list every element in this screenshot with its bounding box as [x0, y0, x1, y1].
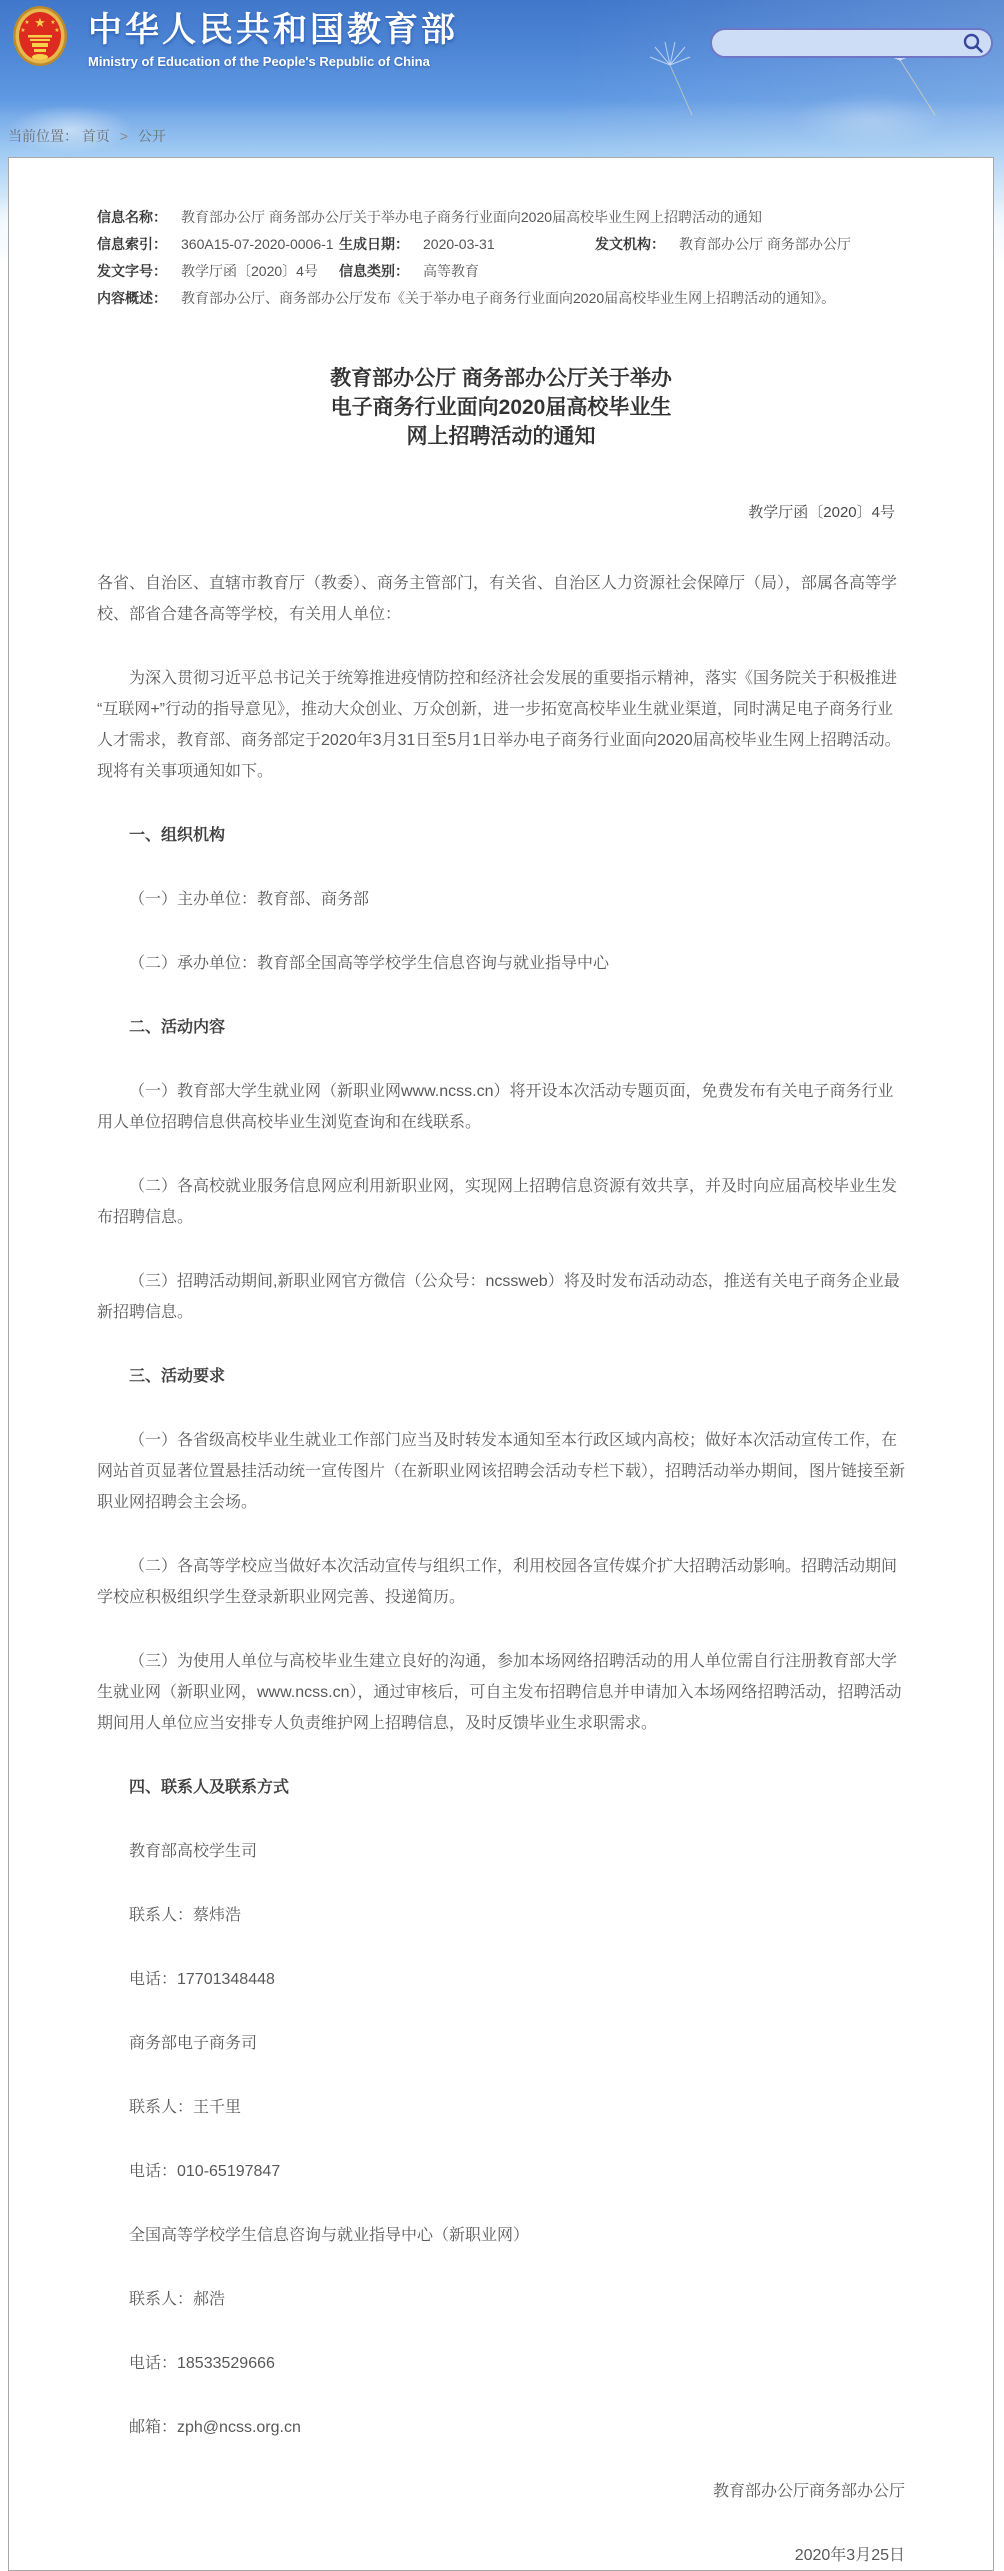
- meta-row-name: 信息名称：教育部办公厅 商务部办公厅关于举办电子商务行业面向2020届高校毕业生…: [97, 204, 905, 231]
- body-paragraph: （一）教育部大学生就业网（新职业网www.ncss.cn）将开设本次活动专题页面…: [97, 1076, 905, 1138]
- breadcrumb-prefix: 当前位置：: [8, 128, 78, 144]
- meta-agency-value: 教育部办公厅 商务部办公厅: [679, 236, 851, 252]
- breadcrumb-separator: >: [120, 128, 128, 144]
- body-paragraph: 商务部电子商务司: [97, 2028, 905, 2059]
- meta-docno-label: 发文字号：: [97, 263, 167, 279]
- meta-name-label: 信息名称：: [97, 209, 167, 225]
- dandelion-icon: [620, 35, 720, 135]
- body-paragraph: 电话：010-65197847: [97, 2156, 905, 2187]
- body-paragraph: 电话：17701348448: [97, 1964, 905, 1995]
- meta-docno-value: 教学厅函〔2020〕4号: [181, 263, 318, 279]
- meta-row-docno: 发文字号：教学厅函〔2020〕4号 信息类别：高等教育: [97, 258, 905, 285]
- meta-category-label: 信息类别：: [339, 263, 409, 279]
- body-paragraph: 联系人：王千里: [97, 2092, 905, 2123]
- svg-text:★: ★: [34, 15, 46, 30]
- site-title: 中华人民共和国教育部: [88, 10, 458, 50]
- meta-index-label: 信息索引：: [97, 236, 167, 252]
- signature-line: 教育部办公厅商务部办公厅: [97, 2476, 905, 2507]
- meta-date-label: 生成日期：: [339, 236, 409, 252]
- svg-text:★: ★: [24, 19, 29, 26]
- body-paragraph: 联系人：蔡炜浩: [97, 1900, 905, 1931]
- body-paragraph: 电话：18533529666: [97, 2348, 905, 2379]
- meta-row-summary: 内容概述：教育部办公厅、商务部办公厅发布《关于举办电子商务行业面向2020届高校…: [97, 285, 905, 312]
- document-number: 教学厅函〔2020〕4号: [97, 498, 905, 527]
- meta-row-index: 信息索引：360A15-07-2020-0006-1 生成日期：2020-03-…: [97, 231, 905, 258]
- search-button[interactable]: [962, 32, 991, 54]
- national-emblem-icon: ★ ★ ★ ★ ★: [12, 5, 68, 69]
- body-paragraph: （二）各高校就业服务信息网应利用新职业网，实现网上招聘信息资源有效共享，并及时向…: [97, 1171, 905, 1233]
- meta-summary-value: 教育部办公厅、商务部办公厅发布《关于举办电子商务行业面向2020届高校毕业生网上…: [181, 290, 835, 306]
- body-paragraph: 为深入贯彻习近平总书记关于统筹推进疫情防控和经济社会发展的重要指示精神，落实《国…: [97, 663, 905, 787]
- document-title-line: 教育部办公厅 商务部办公厅关于举办: [97, 364, 905, 393]
- body-paragraph: （一）各省级高校毕业生就业工作部门应当及时转发本通知至本行政区域内高校；做好本次…: [97, 1425, 905, 1518]
- svg-text:★: ★: [20, 27, 25, 34]
- content-panel: 信息名称：教育部办公厅 商务部办公厅关于举办电子商务行业面向2020届高校毕业生…: [8, 157, 994, 2571]
- breadcrumb-home-link[interactable]: 首页: [82, 128, 110, 144]
- document-title: 教育部办公厅 商务部办公厅关于举办 电子商务行业面向2020届高校毕业生 网上招…: [97, 364, 905, 451]
- search-input[interactable]: [724, 30, 962, 56]
- meta-date-value: 2020-03-31: [423, 236, 495, 252]
- body-paragraph: （二）各高等学校应当做好本次活动宣传与组织工作，利用校园各宣传媒介扩大招聘活动影…: [97, 1551, 905, 1613]
- meta-summary-label: 内容概述：: [97, 290, 167, 306]
- body-paragraph: （一）主办单位：教育部、商务部: [97, 884, 905, 915]
- body-paragraph: （三）招聘活动期间,新职业网官方微信（公众号：ncssweb）将及时发布活动动态…: [97, 1266, 905, 1328]
- meta-category-value: 高等教育: [423, 263, 479, 279]
- svg-text:★: ★: [50, 19, 55, 26]
- body-paragraph: 全国高等学校学生信息咨询与就业指导中心（新职业网）: [97, 2220, 905, 2251]
- site-subtitle: Ministry of Education of the People's Re…: [88, 54, 458, 69]
- search-box[interactable]: [710, 28, 993, 58]
- body-paragraph: 邮箱：zph@ncss.org.cn: [97, 2412, 905, 2443]
- meta-index-value: 360A15-07-2020-0006-1: [181, 236, 334, 252]
- salutation-paragraph: 各省、自治区、直辖市教育厅（教委）、商务主管部门，有关省、自治区人力资源社会保障…: [97, 568, 905, 630]
- body-paragraph: 联系人：郝浩: [97, 2284, 905, 2315]
- meta-agency-label: 发文机构：: [595, 236, 665, 252]
- document-title-line: 网上招聘活动的通知: [97, 422, 905, 451]
- body-paragraph: （三）为使用人单位与高校毕业生建立良好的沟通，参加本场网络招聘活动的用人单位需自…: [97, 1646, 905, 1739]
- document-title-line: 电子商务行业面向2020届高校毕业生: [97, 393, 905, 422]
- document-body: 各省、自治区、直辖市教育厅（教委）、商务主管部门，有关省、自治区人力资源社会保障…: [97, 527, 905, 2571]
- page: ★ ★ ★ ★ ★ 中华人民共和国教育部 Ministry of Educati…: [0, 0, 1004, 2571]
- body-paragraph: （二）承办单位：教育部全国高等学校学生信息咨询与就业指导中心: [97, 948, 905, 979]
- search-icon: [962, 32, 984, 54]
- section-heading: 三、活动要求: [97, 1361, 905, 1392]
- body-paragraph: 教育部高校学生司: [97, 1836, 905, 1867]
- breadcrumb: 当前位置： 首页 > 公开: [8, 126, 166, 146]
- document-meta: 信息名称：教育部办公厅 商务部办公厅关于举办电子商务行业面向2020届高校毕业生…: [97, 204, 905, 312]
- site-identity: 中华人民共和国教育部 Ministry of Education of the …: [88, 10, 458, 69]
- breadcrumb-current-link[interactable]: 公开: [138, 128, 166, 144]
- svg-text:★: ★: [54, 27, 59, 34]
- meta-name-value: 教育部办公厅 商务部办公厅关于举办电子商务行业面向2020届高校毕业生网上招聘活…: [181, 209, 762, 225]
- section-heading: 四、联系人及联系方式: [97, 1772, 905, 1803]
- section-heading: 一、组织机构: [97, 820, 905, 851]
- section-heading: 二、活动内容: [97, 1012, 905, 1043]
- signature-line: 2020年3月25日: [97, 2540, 905, 2571]
